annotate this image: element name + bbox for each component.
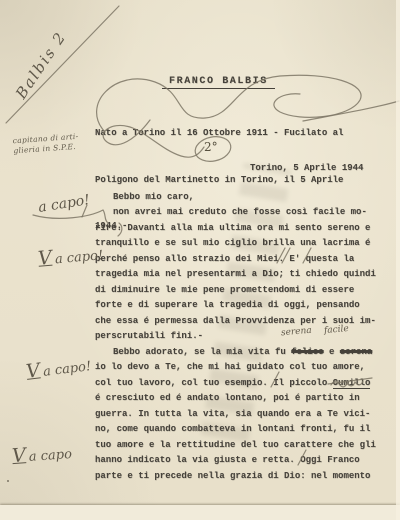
body-text: e — [324, 347, 340, 357]
body-line: perché penso allo strazio dei Miei. E' q… — [95, 252, 376, 268]
pencil-dot — [7, 480, 9, 482]
check-v-mark: V — [11, 444, 26, 467]
page-number-mark: 2° — [204, 140, 218, 154]
dateline: Torino, 5 Aprile 1944 — [250, 163, 363, 173]
a-capo-annotation-1: a capo! — [37, 192, 91, 216]
struck-word-serena: serena — [340, 347, 372, 357]
a-capo-annotation-2: Va capo! — [37, 242, 104, 270]
struck-word-felice: felice — [291, 347, 323, 357]
body-line: tragedia mia nel presentarmi a Dio; ti c… — [95, 267, 376, 283]
body-line: é cresciuto ed é andato lontano, poi é p… — [95, 391, 376, 407]
a-capo-label: a capo — [28, 447, 72, 465]
letter-title: FRANCO BALBIS — [162, 76, 275, 89]
body-line: hanno indicato la via giusta e retta. Og… — [95, 453, 376, 469]
body-line: guerra. In tutta la vita, sia quando era… — [95, 407, 376, 423]
a-capo-annotation-3: Va capo! — [25, 353, 92, 383]
a-capo-label: a capo! — [42, 359, 92, 380]
check-v-mark: V — [37, 247, 53, 270]
underlined-name: Cumillo — [333, 378, 371, 389]
salutation: Bebbo mio caro, — [95, 190, 376, 206]
body-text: Bebbo adorato, se la mia vita fu — [113, 347, 291, 357]
body-line: tuo amore e la rettitudine del tuo carat… — [95, 438, 376, 454]
body-text: col tuo lavoro, col tuo esempio. Il picc… — [95, 378, 333, 388]
body-line: no, come quando combatteva in lontani fr… — [95, 422, 376, 438]
bio-line: Poligono del Martinetto in Torino, il 5 … — [95, 173, 343, 189]
paper-right-edge — [396, 0, 400, 520]
a-capo-label: a capo! — [54, 248, 103, 267]
body-line: di diminuire le mie pene promettendomi d… — [95, 283, 376, 299]
body-line: non avrei mai creduto che fosse così fac… — [95, 205, 376, 221]
corner-handwritten-note: Balbis 2 — [12, 28, 70, 102]
bio-line: Nato a Torino il 16 Ottobre 1911 - Fucil… — [95, 126, 343, 142]
margin-handwritten-note: capitano di arti- glieria in S.P.E. — [12, 132, 79, 156]
paper-bottom-edge — [0, 505, 400, 520]
pencil-correction-facile: facile — [324, 324, 350, 336]
letter-body: Bebbo mio caro, non avrei mai creduto ch… — [95, 190, 376, 485]
body-line: parte e ti precede nella grazia di Dio: … — [95, 469, 376, 485]
check-v-mark: V — [25, 359, 41, 383]
body-line-with-corrections: Bebbo adorato, se la mia vita fu felice … — [95, 345, 376, 361]
body-line-with-underline: col tuo lavoro, col tuo esempio. Il picc… — [95, 376, 376, 392]
body-line: tranquillo e se sul mio ciglio brilla un… — [95, 236, 376, 252]
body-line: rire. Davanti alla mia ultima ora mi sen… — [95, 221, 376, 237]
body-line: io lo devo a Te, che mi hai guidato col … — [95, 360, 376, 376]
a-capo-annotation-4: Va capo — [11, 441, 72, 467]
typewritten-letter-scan: FRANCO BALBIS Nato a Torino il 16 Ottobr… — [0, 0, 400, 520]
body-line: forte e di superare la tragedia di oggi,… — [95, 298, 376, 314]
